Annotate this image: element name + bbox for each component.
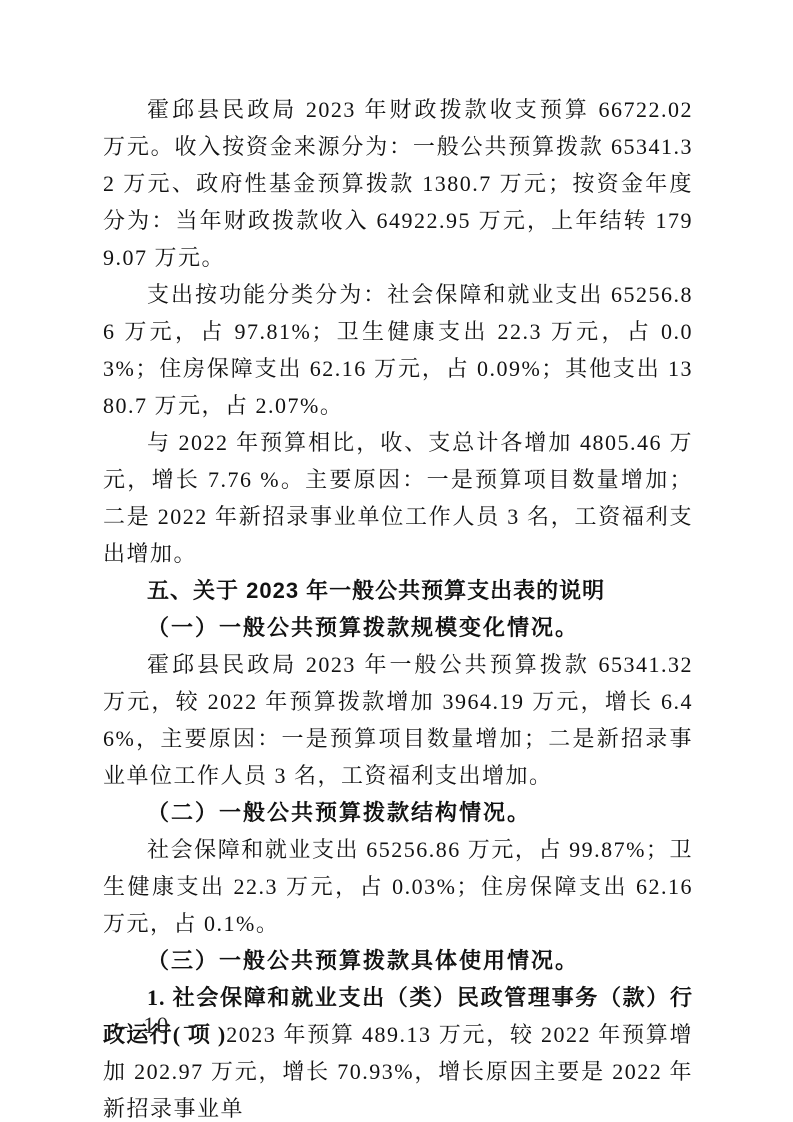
- page-footer: – 10 –: [116, 1012, 198, 1040]
- paragraph-item-1-admin-operation: 1. 社会保障和就业支出（类）民政管理事务（款）行政运行( 项 )2023 年预…: [103, 979, 693, 1122]
- paragraph-budget-scale-change: 霍邱县民政局 2023 年一般公共预算拨款 65341.32 万元，较 2022…: [103, 646, 693, 794]
- document-page: 霍邱县民政局 2023 年财政拨款收支预算 66722.02 万元。收入按资金来…: [0, 0, 793, 1122]
- subsection-heading-two: （二）一般公共预算拨款结构情况。: [103, 794, 693, 831]
- paragraph-comparison-with-2022: 与 2022 年预算相比，收、支总计各增加 4805.46 万元，增长 7.76…: [103, 424, 693, 572]
- paragraph-budget-structure: 社会保障和就业支出 65256.86 万元，占 99.87%；卫生健康支出 22…: [103, 831, 693, 942]
- document-body: 霍邱县民政局 2023 年财政拨款收支预算 66722.02 万元。收入按资金来…: [103, 91, 693, 1122]
- subsection-heading-one: （一）一般公共预算拨款规模变化情况。: [103, 609, 693, 646]
- paragraph-expenditure-by-function: 支出按功能分类分为：社会保障和就业支出 65256.86 万元，占 97.81%…: [103, 276, 693, 424]
- subsection-heading-three: （三）一般公共预算拨款具体使用情况。: [103, 942, 693, 979]
- page-number: – 10 –: [116, 1013, 198, 1038]
- paragraph-fiscal-funding-overview: 霍邱县民政局 2023 年财政拨款收支预算 66722.02 万元。收入按资金来…: [103, 91, 693, 276]
- section-heading-five: 五、关于 2023 年一般公共预算支出表的说明: [103, 572, 693, 609]
